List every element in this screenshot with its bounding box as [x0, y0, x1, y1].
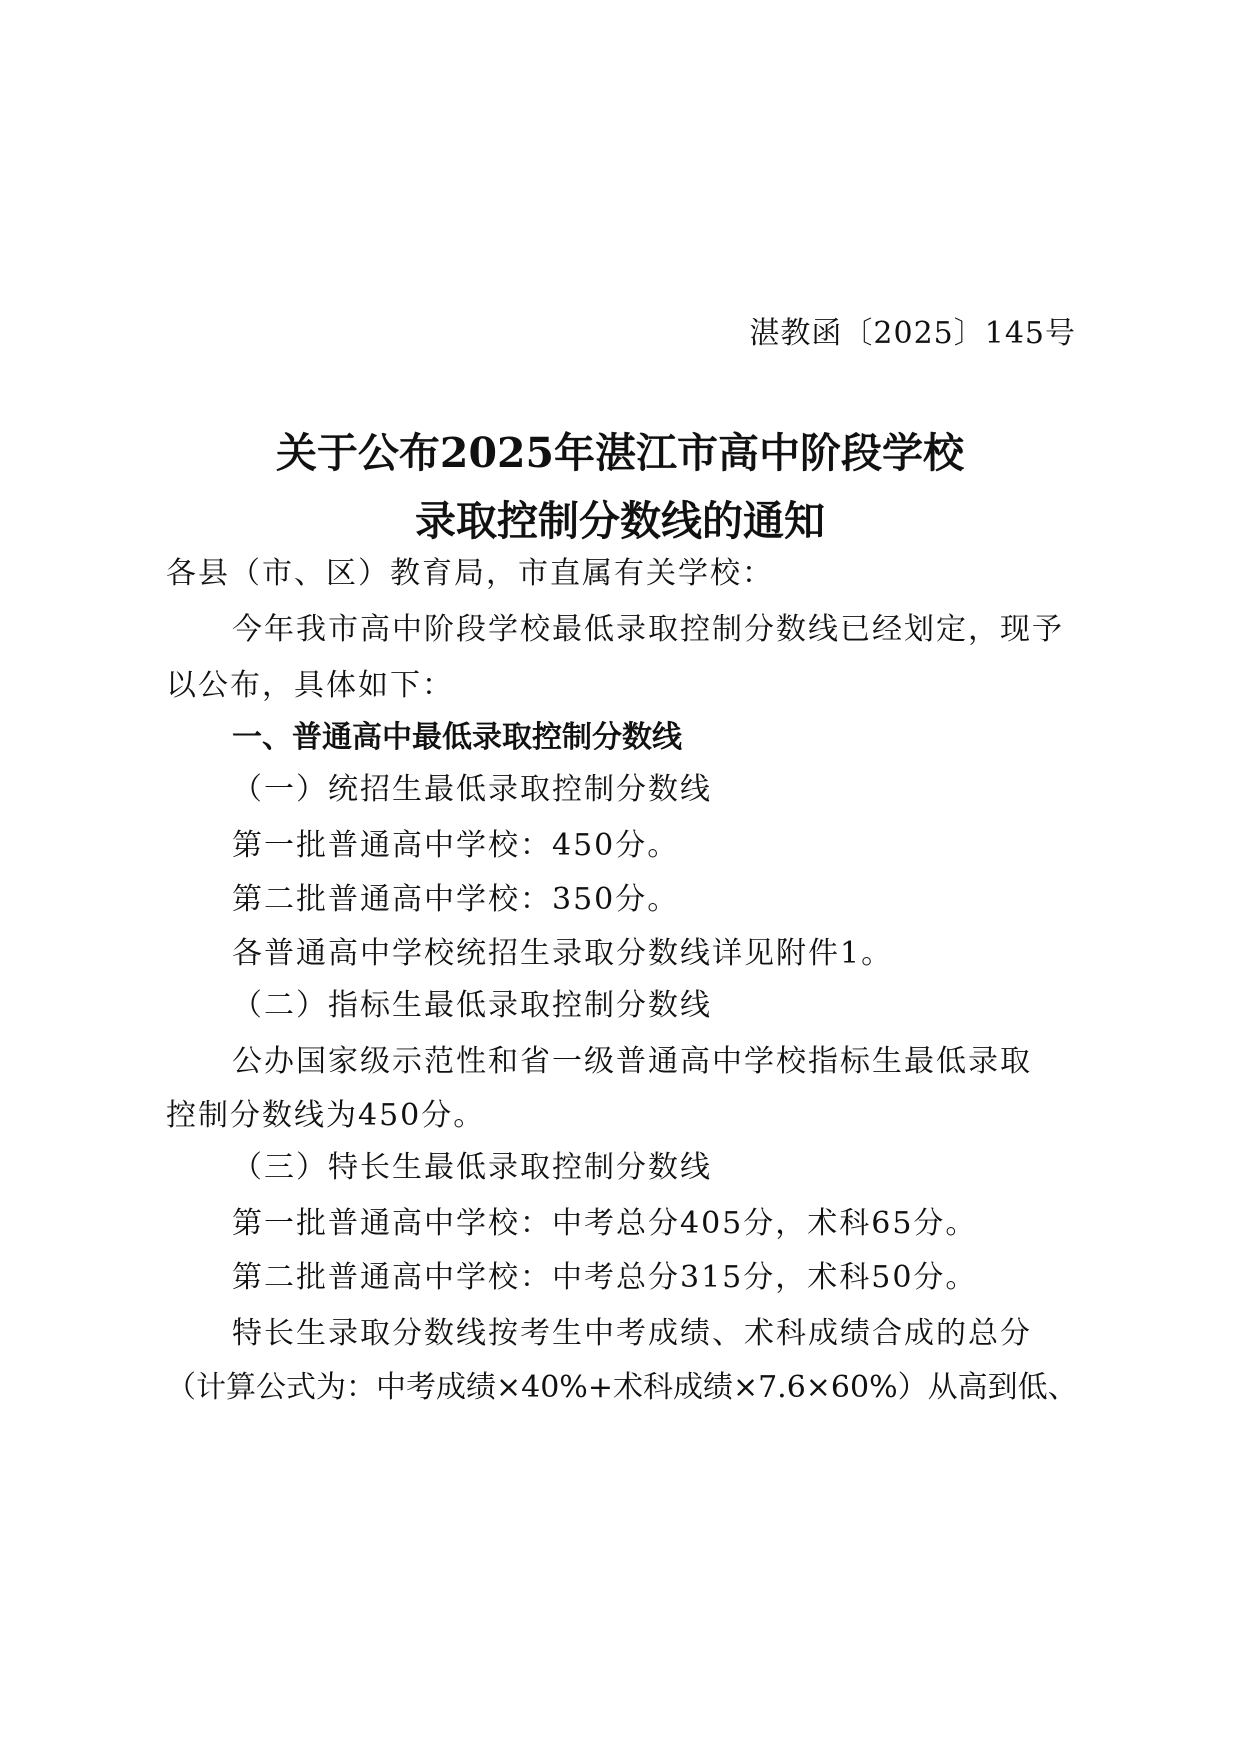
- subsection-heading-3: （三）特长生最低录取控制分数线: [232, 1142, 1144, 1186]
- intro-paragraph-line-1: 今年我市高中阶段学校最低录取控制分数线已经划定，现予: [232, 604, 1144, 648]
- paragraph-special-rule-line-2: （计算公式为：中考成绩×40%+术科成绩×7.6×60%）从高到低、: [166, 1362, 1078, 1406]
- paragraph-special-batch1: 第一批普通高中学校：中考总分405分，术科65分。: [232, 1198, 1144, 1242]
- paragraph-special-batch2: 第二批普通高中学校：中考总分315分，术科50分。: [232, 1252, 1144, 1296]
- paragraph-batch2-score: 第二批普通高中学校：350分。: [232, 874, 1144, 918]
- salutation: 各县（市、区）教育局，市直属有关学校：: [166, 548, 1078, 592]
- paragraph-quota-line-1: 公办国家级示范性和省一级普通高中学校指标生最低录取: [232, 1036, 1144, 1080]
- section-heading-1: 一、普通高中最低录取控制分数线: [232, 712, 1144, 756]
- document-page: 湛教函〔2025〕145号 关于公布2025年湛江市高中阶段学校 录取控制分数线…: [0, 0, 1240, 1754]
- paragraph-attachment-ref: 各普通高中学校统招生录取分数线详见附件1。: [232, 928, 1144, 972]
- document-title-line-1: 关于公布2025年湛江市高中阶段学校: [0, 420, 1240, 479]
- subsection-heading-2: （二）指标生最低录取控制分数线: [232, 980, 1144, 1024]
- subsection-heading-1: （一）统招生最低录取控制分数线: [232, 764, 1144, 808]
- intro-paragraph-line-2: 以公布，具体如下：: [166, 660, 1078, 704]
- paragraph-quota-line-2: 控制分数线为450分。: [166, 1090, 1078, 1134]
- document-title-line-2: 录取控制分数线的通知: [0, 488, 1240, 547]
- paragraph-special-rule-line-1: 特长生录取分数线按考生中考成绩、术科成绩合成的总分: [232, 1308, 1144, 1352]
- document-number: 湛教函〔2025〕145号: [749, 308, 1076, 352]
- paragraph-batch1-score: 第一批普通高中学校：450分。: [232, 820, 1144, 864]
